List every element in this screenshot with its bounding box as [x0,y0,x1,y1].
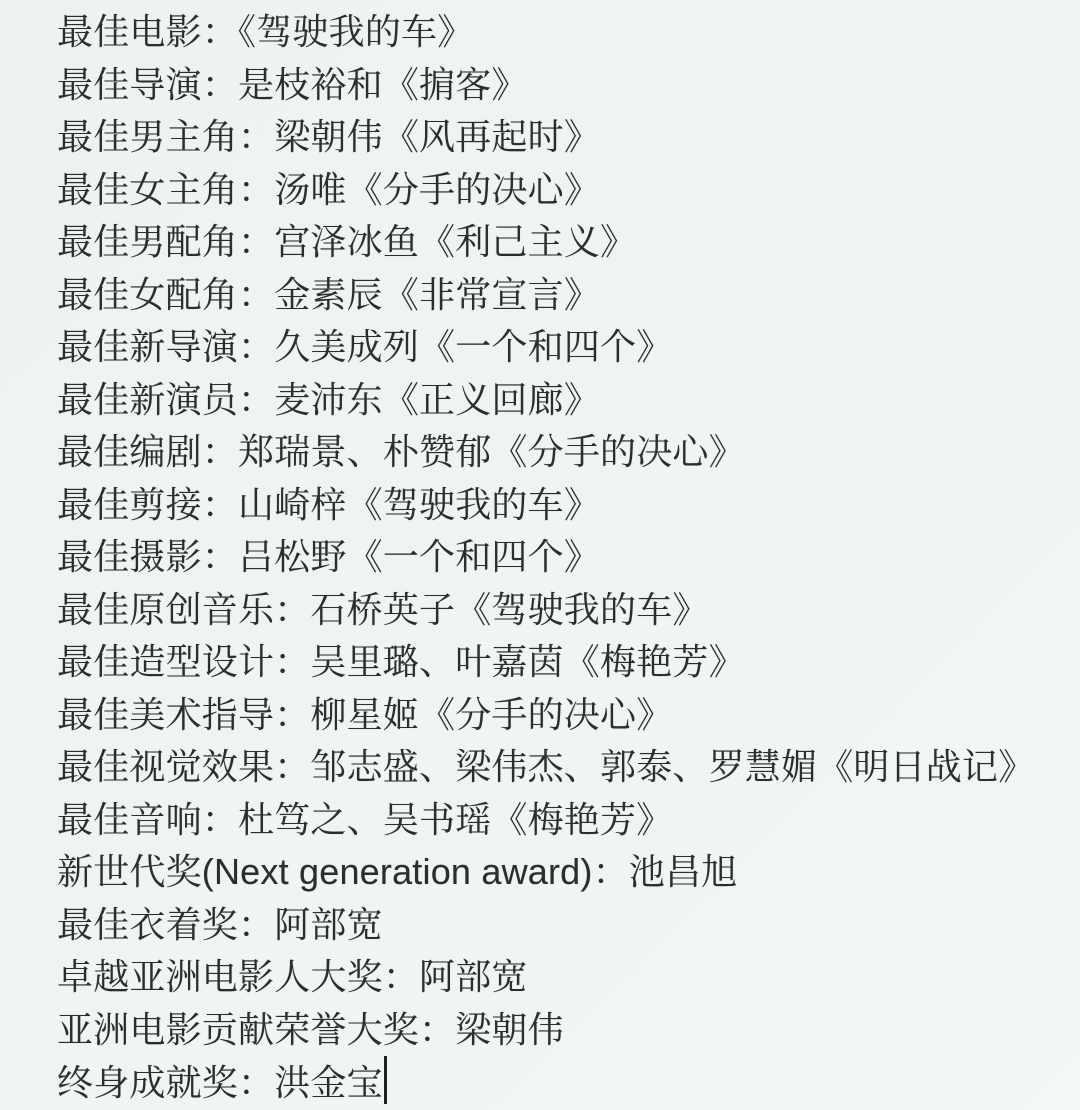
award-winner: 《驾驶我的车》 [238,11,473,52]
colon-separator: ： [202,536,238,577]
award-category: 最佳新演员 [57,379,238,420]
award-line: 最佳原创音乐：石桥英子《驾驶我的车》 [57,584,1060,637]
award-winner: 金素辰《非常宣言》 [274,274,600,315]
award-category: 最佳电影 [57,11,202,52]
colon-separator: ： [238,169,274,210]
award-list[interactable]: 最佳电影：《驾驶我的车》最佳导演：是枝裕和《掮客》最佳男主角：梁朝伟《风再起时》… [57,6,1060,1109]
colon-separator: ： [238,379,274,420]
award-category: 最佳女配角 [57,274,238,315]
award-category: 最佳编剧 [57,431,202,472]
award-line: 最佳编剧：郑瑞景、朴赞郁《分手的决心》 [57,426,1060,479]
award-category: 最佳新导演 [57,326,238,367]
award-category: 最佳原创音乐 [57,589,274,630]
award-winner: 久美成列《一个和四个》 [274,326,672,367]
colon-separator: ： [383,956,419,997]
award-line: 最佳女主角：汤唯《分手的决心》 [57,164,1060,217]
text-note-page: 最佳电影：《驾驶我的车》最佳导演：是枝裕和《掮客》最佳男主角：梁朝伟《风再起时》… [0,0,1080,1110]
award-winner: 池昌旭 [629,851,738,892]
award-winner: 洪金宝 [274,1062,383,1103]
award-line: 终身成就奖：洪金宝 [57,1056,1060,1109]
award-category: 新世代奖(Next generation award) [57,851,593,892]
award-category: 最佳男配角 [57,221,238,262]
award-line: 最佳女配角：金素辰《非常宣言》 [57,269,1060,322]
colon-separator: ： [274,746,310,787]
award-category: 最佳导演 [57,64,202,105]
award-category: 最佳造型设计 [57,641,274,682]
award-category: 最佳剪接 [57,484,202,525]
award-line: 最佳男配角：宫泽冰鱼《利己主义》 [57,216,1060,269]
award-line: 最佳美术指导：柳星姬《分手的决心》 [57,689,1060,742]
award-category: 最佳音响 [57,799,202,840]
award-category: 最佳视觉效果 [57,746,274,787]
award-line: 最佳视觉效果：邹志盛、梁伟杰、郭泰、罗慧媚《明日战记》 [57,741,1060,794]
colon-separator: ： [419,1009,455,1050]
award-winner: 郑瑞景、朴赞郁《分手的决心》 [238,431,745,472]
colon-separator: ： [593,851,629,892]
award-winner: 梁朝伟 [455,1009,564,1050]
award-line: 最佳导演：是枝裕和《掮客》 [57,59,1060,112]
award-winner: 柳星姬《分手的决心》 [310,694,672,735]
award-line: 最佳造型设计：吴里璐、叶嘉茵《梅艳芳》 [57,636,1060,689]
award-winner: 阿部宽 [274,904,383,945]
award-line: 最佳音响：杜笃之、吴书瑶《梅艳芳》 [57,794,1060,847]
colon-separator: ： [202,484,238,525]
award-line: 最佳衣着奖：阿部宽 [57,899,1060,952]
award-winner: 邹志盛、梁伟杰、郭泰、罗慧媚《明日战记》 [310,746,1034,787]
award-category: 亚洲电影贡献荣誉大奖 [57,1009,419,1050]
award-line: 最佳新导演：久美成列《一个和四个》 [57,321,1060,374]
award-category: 最佳男主角 [57,116,238,157]
colon-separator: ： [202,64,238,105]
award-line: 最佳男主角：梁朝伟《风再起时》 [57,111,1060,164]
colon-separator: ： [202,431,238,472]
award-winner: 山崎梓《驾驶我的车》 [238,484,600,525]
award-line: 最佳电影：《驾驶我的车》 [57,6,1060,59]
award-category: 最佳摄影 [57,536,202,577]
award-line: 最佳摄影：吕松野《一个和四个》 [57,531,1060,584]
colon-separator: ： [238,1062,274,1103]
award-category: 最佳美术指导 [57,694,274,735]
award-category: 最佳女主角 [57,169,238,210]
award-winner: 宫泽冰鱼《利己主义》 [274,221,636,262]
award-winner: 吴里璐、叶嘉茵《梅艳芳》 [310,641,744,682]
colon-separator: ： [238,326,274,367]
award-line: 亚洲电影贡献荣誉大奖：梁朝伟 [57,1004,1060,1057]
award-line: 最佳新演员：麦沛东《正义回廊》 [57,374,1060,427]
colon-separator: ： [202,799,238,840]
colon-separator: ： [274,641,310,682]
colon-separator: ： [202,11,238,52]
colon-separator: ： [238,116,274,157]
text-caret [384,1056,387,1104]
award-winner: 杜笃之、吴书瑶《梅艳芳》 [238,799,672,840]
colon-separator: ： [238,221,274,262]
award-winner: 石桥英子《驾驶我的车》 [310,589,708,630]
colon-separator: ： [238,274,274,315]
colon-separator: ： [238,904,274,945]
colon-separator: ： [274,694,310,735]
award-winner: 是枝裕和《掮客》 [238,64,528,105]
award-line: 卓越亚洲电影人大奖：阿部宽 [57,951,1060,1004]
colon-separator: ： [274,589,310,630]
award-winner: 汤唯《分手的决心》 [274,169,600,210]
award-winner: 麦沛东《正义回廊》 [274,379,600,420]
award-category: 终身成就奖 [57,1062,238,1103]
award-category: 卓越亚洲电影人大奖 [57,956,383,997]
award-winner: 吕松野《一个和四个》 [238,536,600,577]
award-category: 最佳衣着奖 [57,904,238,945]
award-line: 最佳剪接：山崎梓《驾驶我的车》 [57,479,1060,532]
award-line: 新世代奖(Next generation award)：池昌旭 [57,846,1060,899]
award-winner: 阿部宽 [419,956,528,997]
award-winner: 梁朝伟《风再起时》 [274,116,600,157]
